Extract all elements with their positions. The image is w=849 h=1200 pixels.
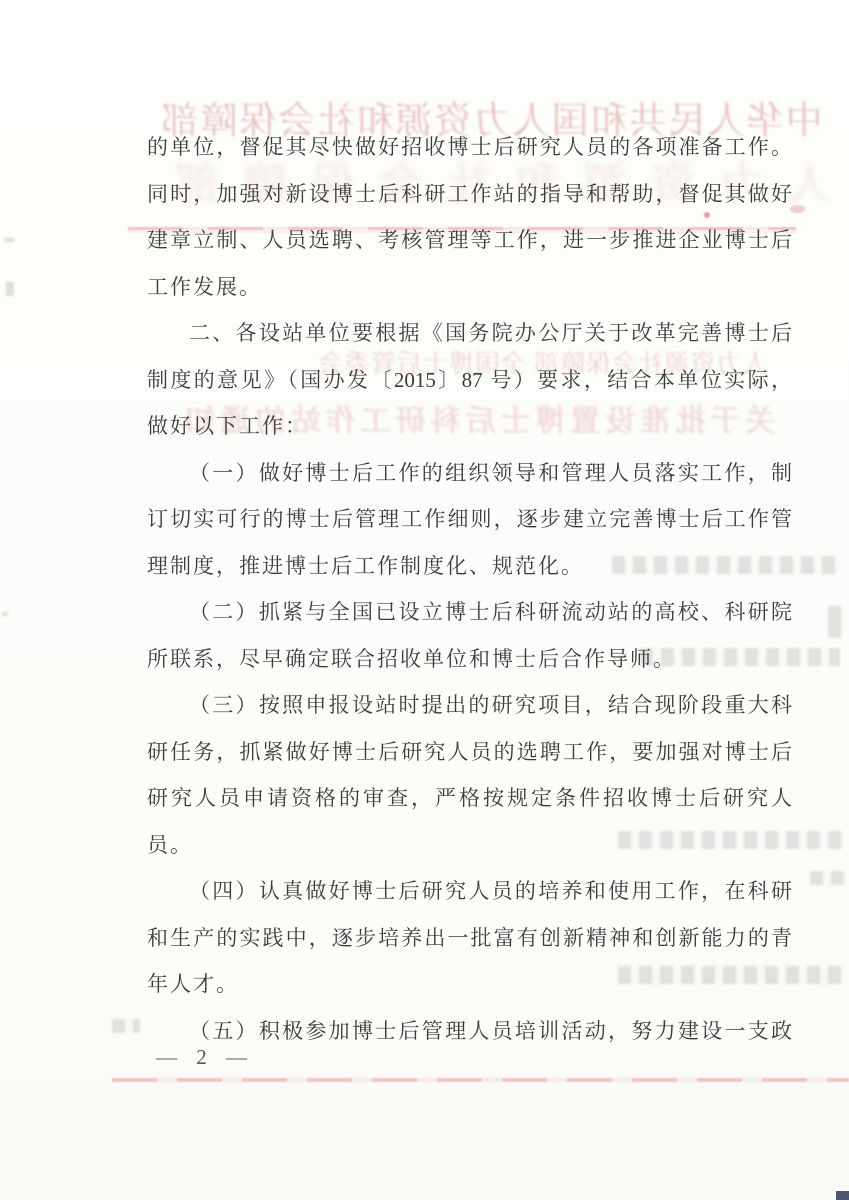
text-line: 工作发展。: [147, 264, 792, 311]
red-speck: [790, 205, 805, 213]
text-line: 二、各设站单位要根据《国务院办公厅关于改革完善博士后: [147, 310, 792, 357]
scan-corner-mark: [836, 1191, 849, 1200]
bleedthrough-smudge: [112, 1019, 140, 1033]
text-line: 理制度，推进博士后工作制度化、规范化。: [147, 543, 792, 590]
text-line: 做好以下工作：: [147, 403, 792, 450]
text-line: 年人才。: [147, 961, 792, 1008]
text-line: 同时，加强对新设博士后科研工作站的指导和帮助，督促其做好: [147, 171, 792, 218]
text-line: 制度的意见》（国办发〔2015〕87 号）要求，结合本单位实际，: [147, 357, 792, 404]
scan-speck: [4, 238, 14, 242]
document-body: 的单位，督促其尽快做好招收博士后研究人员的各项准备工作。 同时，加强对新设博士后…: [147, 124, 792, 1054]
text-line: 研究人员申请资格的审查，严格按规定条件招收博士后研究人: [147, 775, 792, 822]
text-line: 订切实可行的博士后管理工作细则，逐步建立完善博士后工作管: [147, 496, 792, 543]
text-line: （一）做好博士后工作的组织领导和管理人员落实工作，制: [147, 450, 792, 497]
bleedthrough-smudge: [810, 871, 846, 885]
scanned-document-page: 中华人民共和国人力资源和社会保障部 人力资源和社会保障部 人力资源社会保障部 全…: [0, 0, 849, 1200]
text-line: 和生产的实践中，逐步培养出一批富有创新精神和创新能力的青: [147, 915, 792, 962]
bleedthrough-red-rule-bottom: [112, 1078, 849, 1082]
bleedthrough-smudge: [828, 606, 844, 638]
text-line: 所联系，尽早确定联合招收单位和博士后合作导师。: [147, 636, 792, 683]
text-line: （二）抓紧与全国已设立博士后科研流动站的高校、科研院: [147, 589, 792, 636]
text-line: 研任务，抓紧做好博士后研究人员的选聘工作，要加强对博士后: [147, 729, 792, 776]
text-line: 员。: [147, 822, 792, 869]
text-line: （四）认真做好博士后研究人员的培养和使用工作，在科研: [147, 868, 792, 915]
text-line: 建章立制、人员选聘、考核管理等工作，进一步推进企业博士后: [147, 217, 792, 264]
text-line: 的单位，督促其尽快做好招收博士后研究人员的各项准备工作。: [147, 124, 792, 171]
scan-speck: [2, 612, 8, 616]
scan-speck: [6, 282, 14, 296]
text-line: （三）按照申报设站时提出的研究项目，结合现阶段重大科: [147, 682, 792, 729]
page-number: — 2 —: [156, 1042, 254, 1072]
